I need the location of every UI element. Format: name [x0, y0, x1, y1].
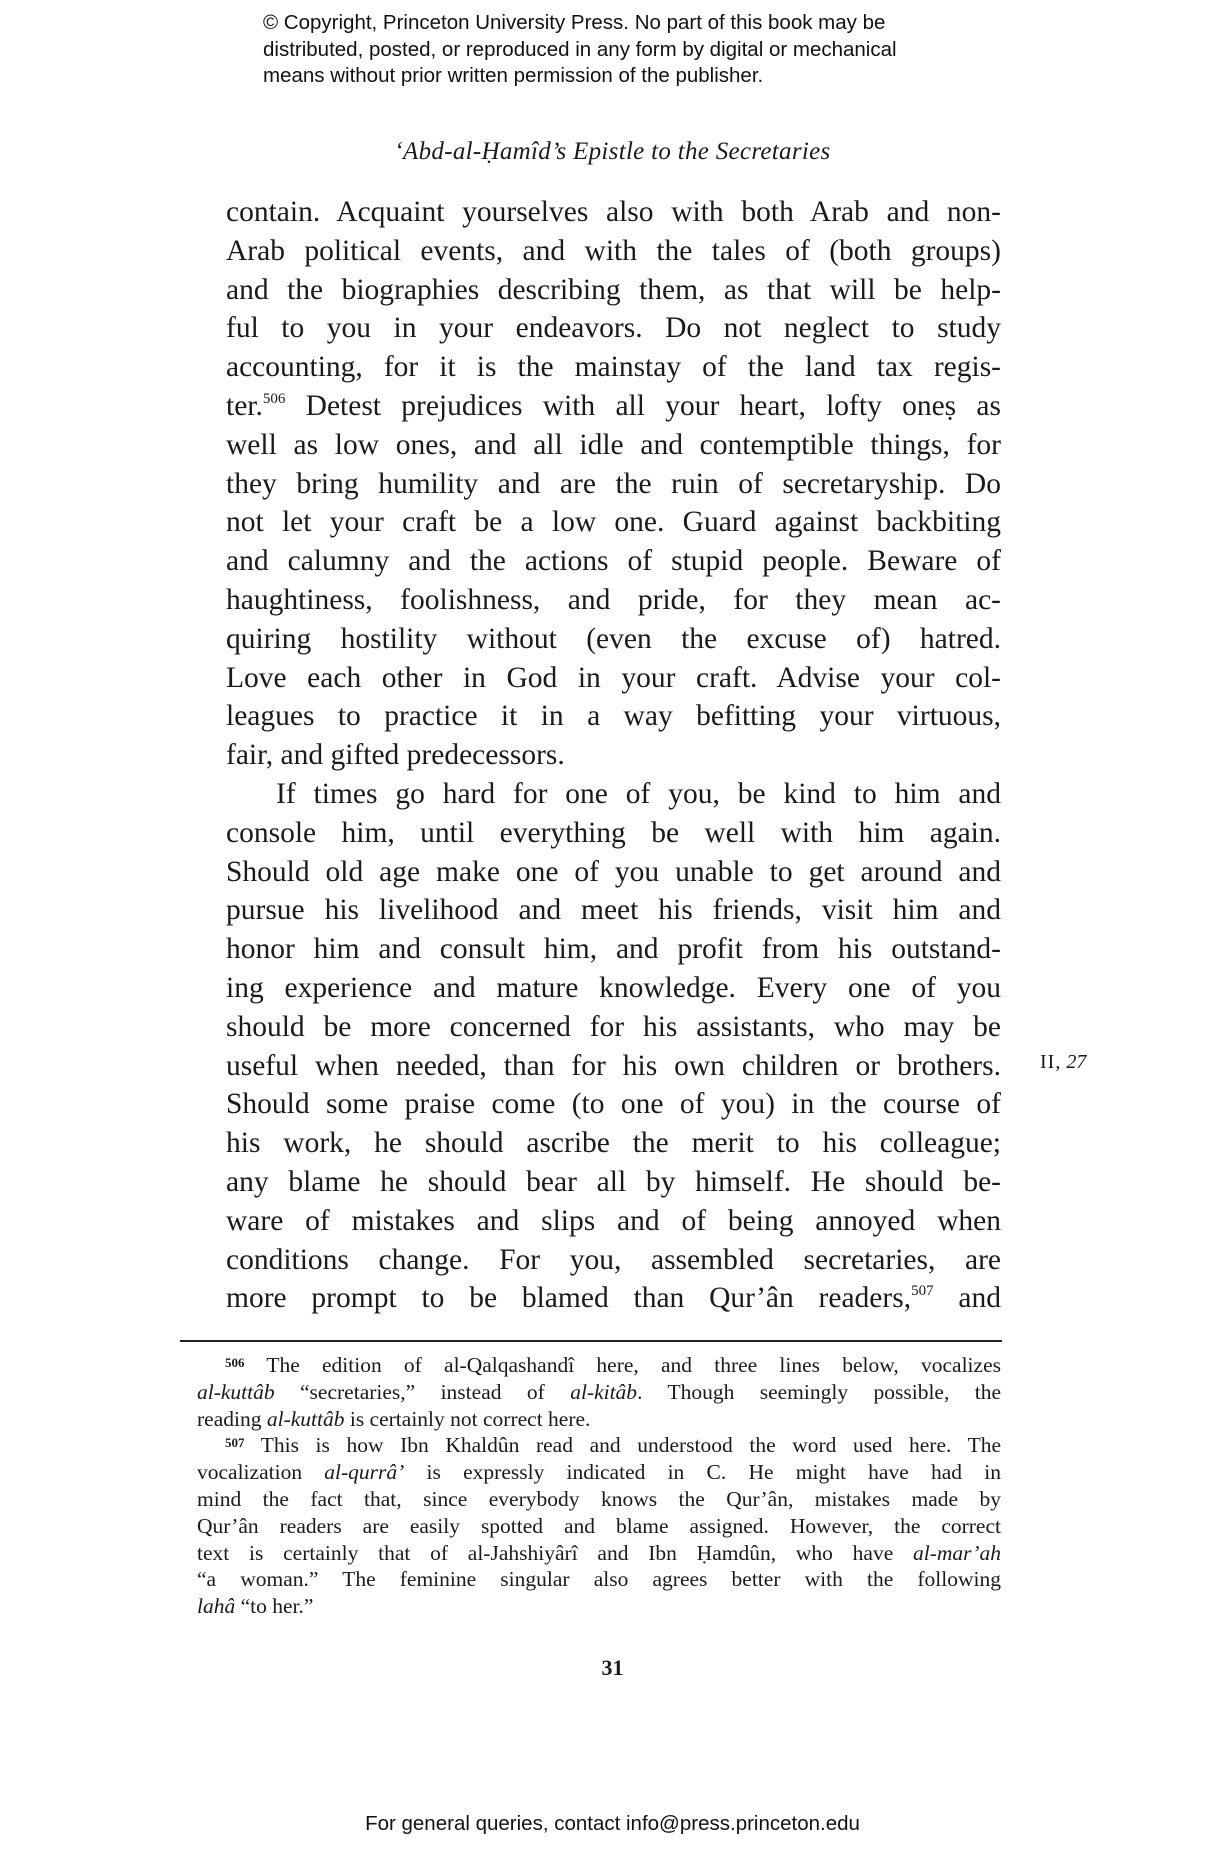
footnote-italic: lahâ	[197, 1594, 235, 1618]
footnote-507-line: “a woman.” The feminine singular also ag…	[197, 1566, 1001, 1593]
body-line: not let your craft be a low one. Guard a…	[226, 503, 1001, 542]
footnote-507-line: vocalization al-qurrâ’ is expressly indi…	[197, 1459, 1001, 1486]
body-line: quiring hostility without (even the excu…	[226, 620, 1001, 659]
footnote-507-line: text is certainly that of al-Jahshiyârî …	[197, 1540, 1001, 1567]
body-line: Should some praise come (to one of you) …	[226, 1085, 1001, 1124]
footnote-text: This is how Ibn Khaldûn read and underst…	[245, 1433, 1002, 1457]
body-line: his work, he should ascribe the merit to…	[226, 1124, 1001, 1163]
footnote-text: The edition of al-Qalqashandî here, and …	[245, 1353, 1002, 1377]
footnote-italic: al-kuttâb	[267, 1407, 345, 1431]
footnote-506-line: 506 The edition of al-Qalqashandî here, …	[197, 1352, 1001, 1379]
footnote-507-line: 507 This is how Ibn Khaldûn read and und…	[197, 1432, 1001, 1459]
footnote-507-line: mind the fact that, since everybody know…	[197, 1486, 1001, 1513]
footnote-507-line: lahâ “to her.”	[197, 1593, 1001, 1620]
footnote-number: 507	[225, 1435, 245, 1450]
body-line-with-footnote-ref: ter.506 Detest prejudices with all your …	[226, 387, 1001, 426]
body-line-with-footnote-ref: more prompt to be blamed than Qur’ân rea…	[226, 1279, 1001, 1318]
body-line: honor him and consult him, and profit fr…	[226, 930, 1001, 969]
body-text-fragment: more prompt to be blamed than Qur’ân rea…	[226, 1282, 911, 1314]
copyright-notice: © Copyright, Princeton University Press.…	[263, 10, 983, 90]
footnote-text: “secretaries,” instead of	[275, 1380, 571, 1404]
footnote-ref-506[interactable]: 506	[263, 391, 286, 407]
margin-reference: II, 27	[1040, 1051, 1086, 1074]
body-line: leagues to practice it in a way befittin…	[226, 697, 1001, 736]
body-line: accounting, for it is the mainstay of th…	[226, 348, 1001, 387]
body-line: Love each other in God in your craft. Ad…	[226, 659, 1001, 698]
footnote-italic: al-qurrâ’	[324, 1460, 404, 1484]
body-line: ing experience and mature knowledge. Eve…	[226, 969, 1001, 1008]
body-line: pursue his livelihood and meet his frien…	[226, 891, 1001, 930]
contact-notice: For general queries, contact info@press.…	[0, 1812, 1225, 1836]
body-line: contain. Acquaint yourselves also with b…	[226, 193, 1001, 232]
margin-page: 27	[1066, 1051, 1086, 1073]
body-line: and the biographies describing them, as …	[226, 271, 1001, 310]
body-line: haughtiness, foolishness, and pride, for…	[226, 581, 1001, 620]
body-line: conditions change. For you, assembled se…	[226, 1241, 1001, 1280]
body-line: they bring humility and are the ruin of …	[226, 465, 1001, 504]
body-line: fair, and gifted predecessors.	[226, 736, 1001, 775]
margin-volume: II,	[1040, 1051, 1061, 1073]
footnote-507-line: Qur’ân readers are easily spotted and bl…	[197, 1513, 1001, 1540]
body-line: well as low ones, and all idle and conte…	[226, 426, 1001, 465]
body-line: and calumny and the actions of stupid pe…	[226, 542, 1001, 581]
footnote-divider	[180, 1340, 1002, 1342]
footnote-text: text is certainly that of al-Jahshiyârî …	[197, 1541, 913, 1565]
body-text-fragment: ter.	[226, 390, 263, 422]
page-number: 31	[0, 1655, 1225, 1681]
footnote-italic: al-mar’ah	[913, 1541, 1001, 1565]
copyright-line: distributed, posted, or reproduced in an…	[263, 37, 983, 64]
footnote-text: is expressly indicated in C. He might ha…	[404, 1460, 1001, 1484]
footnote-text: . Though seemingly possible, the	[637, 1380, 1001, 1404]
footnote-ref-507[interactable]: 507	[911, 1283, 934, 1299]
body-line: should be more concerned for his assista…	[226, 1008, 1001, 1047]
footnote-italic: al-kuttâb	[197, 1380, 275, 1404]
footnote-text: vocalization	[197, 1460, 324, 1484]
body-line: console him, until everything be well wi…	[226, 814, 1001, 853]
footnote-506-line: al-kuttâb “secretaries,” instead of al-k…	[197, 1379, 1001, 1406]
copyright-line: © Copyright, Princeton University Press.…	[263, 10, 983, 37]
body-line: ful to you in your endeavors. Do not neg…	[226, 309, 1001, 348]
body-line: any blame he should bear all by himself.…	[226, 1163, 1001, 1202]
body-line: ware of mistakes and slips and of being …	[226, 1202, 1001, 1241]
paragraph-start-line: If times go hard for one of you, be kind…	[226, 775, 1001, 814]
body-line: useful when needed, than for his own chi…	[226, 1047, 1001, 1086]
footnote-506-line: reading al-kuttâb is certainly not corre…	[197, 1406, 1001, 1433]
running-head: ‘Abd-al-Ḥamîd’s Epistle to the Secretari…	[0, 138, 1225, 166]
footnotes: 506 The edition of al-Qalqashandî here, …	[197, 1352, 1001, 1620]
footnote-text: “to her.”	[235, 1594, 313, 1618]
footnote-text: reading	[197, 1407, 267, 1431]
body-line: Arab political events, and with the tale…	[226, 232, 1001, 271]
body-text-fragment: Detest prejudices with all your heart, l…	[285, 390, 1001, 422]
body-line: Should old age make one of you unable to…	[226, 853, 1001, 892]
body-text-fragment: and	[934, 1282, 1001, 1314]
footnote-number: 506	[225, 1355, 245, 1370]
footnote-text: is certainly not correct here.	[344, 1407, 590, 1431]
copyright-line: means without prior written permission o…	[263, 63, 983, 90]
body-text: contain. Acquaint yourselves also with b…	[226, 193, 1001, 1318]
footnote-italic: al-kitâb	[570, 1380, 637, 1404]
